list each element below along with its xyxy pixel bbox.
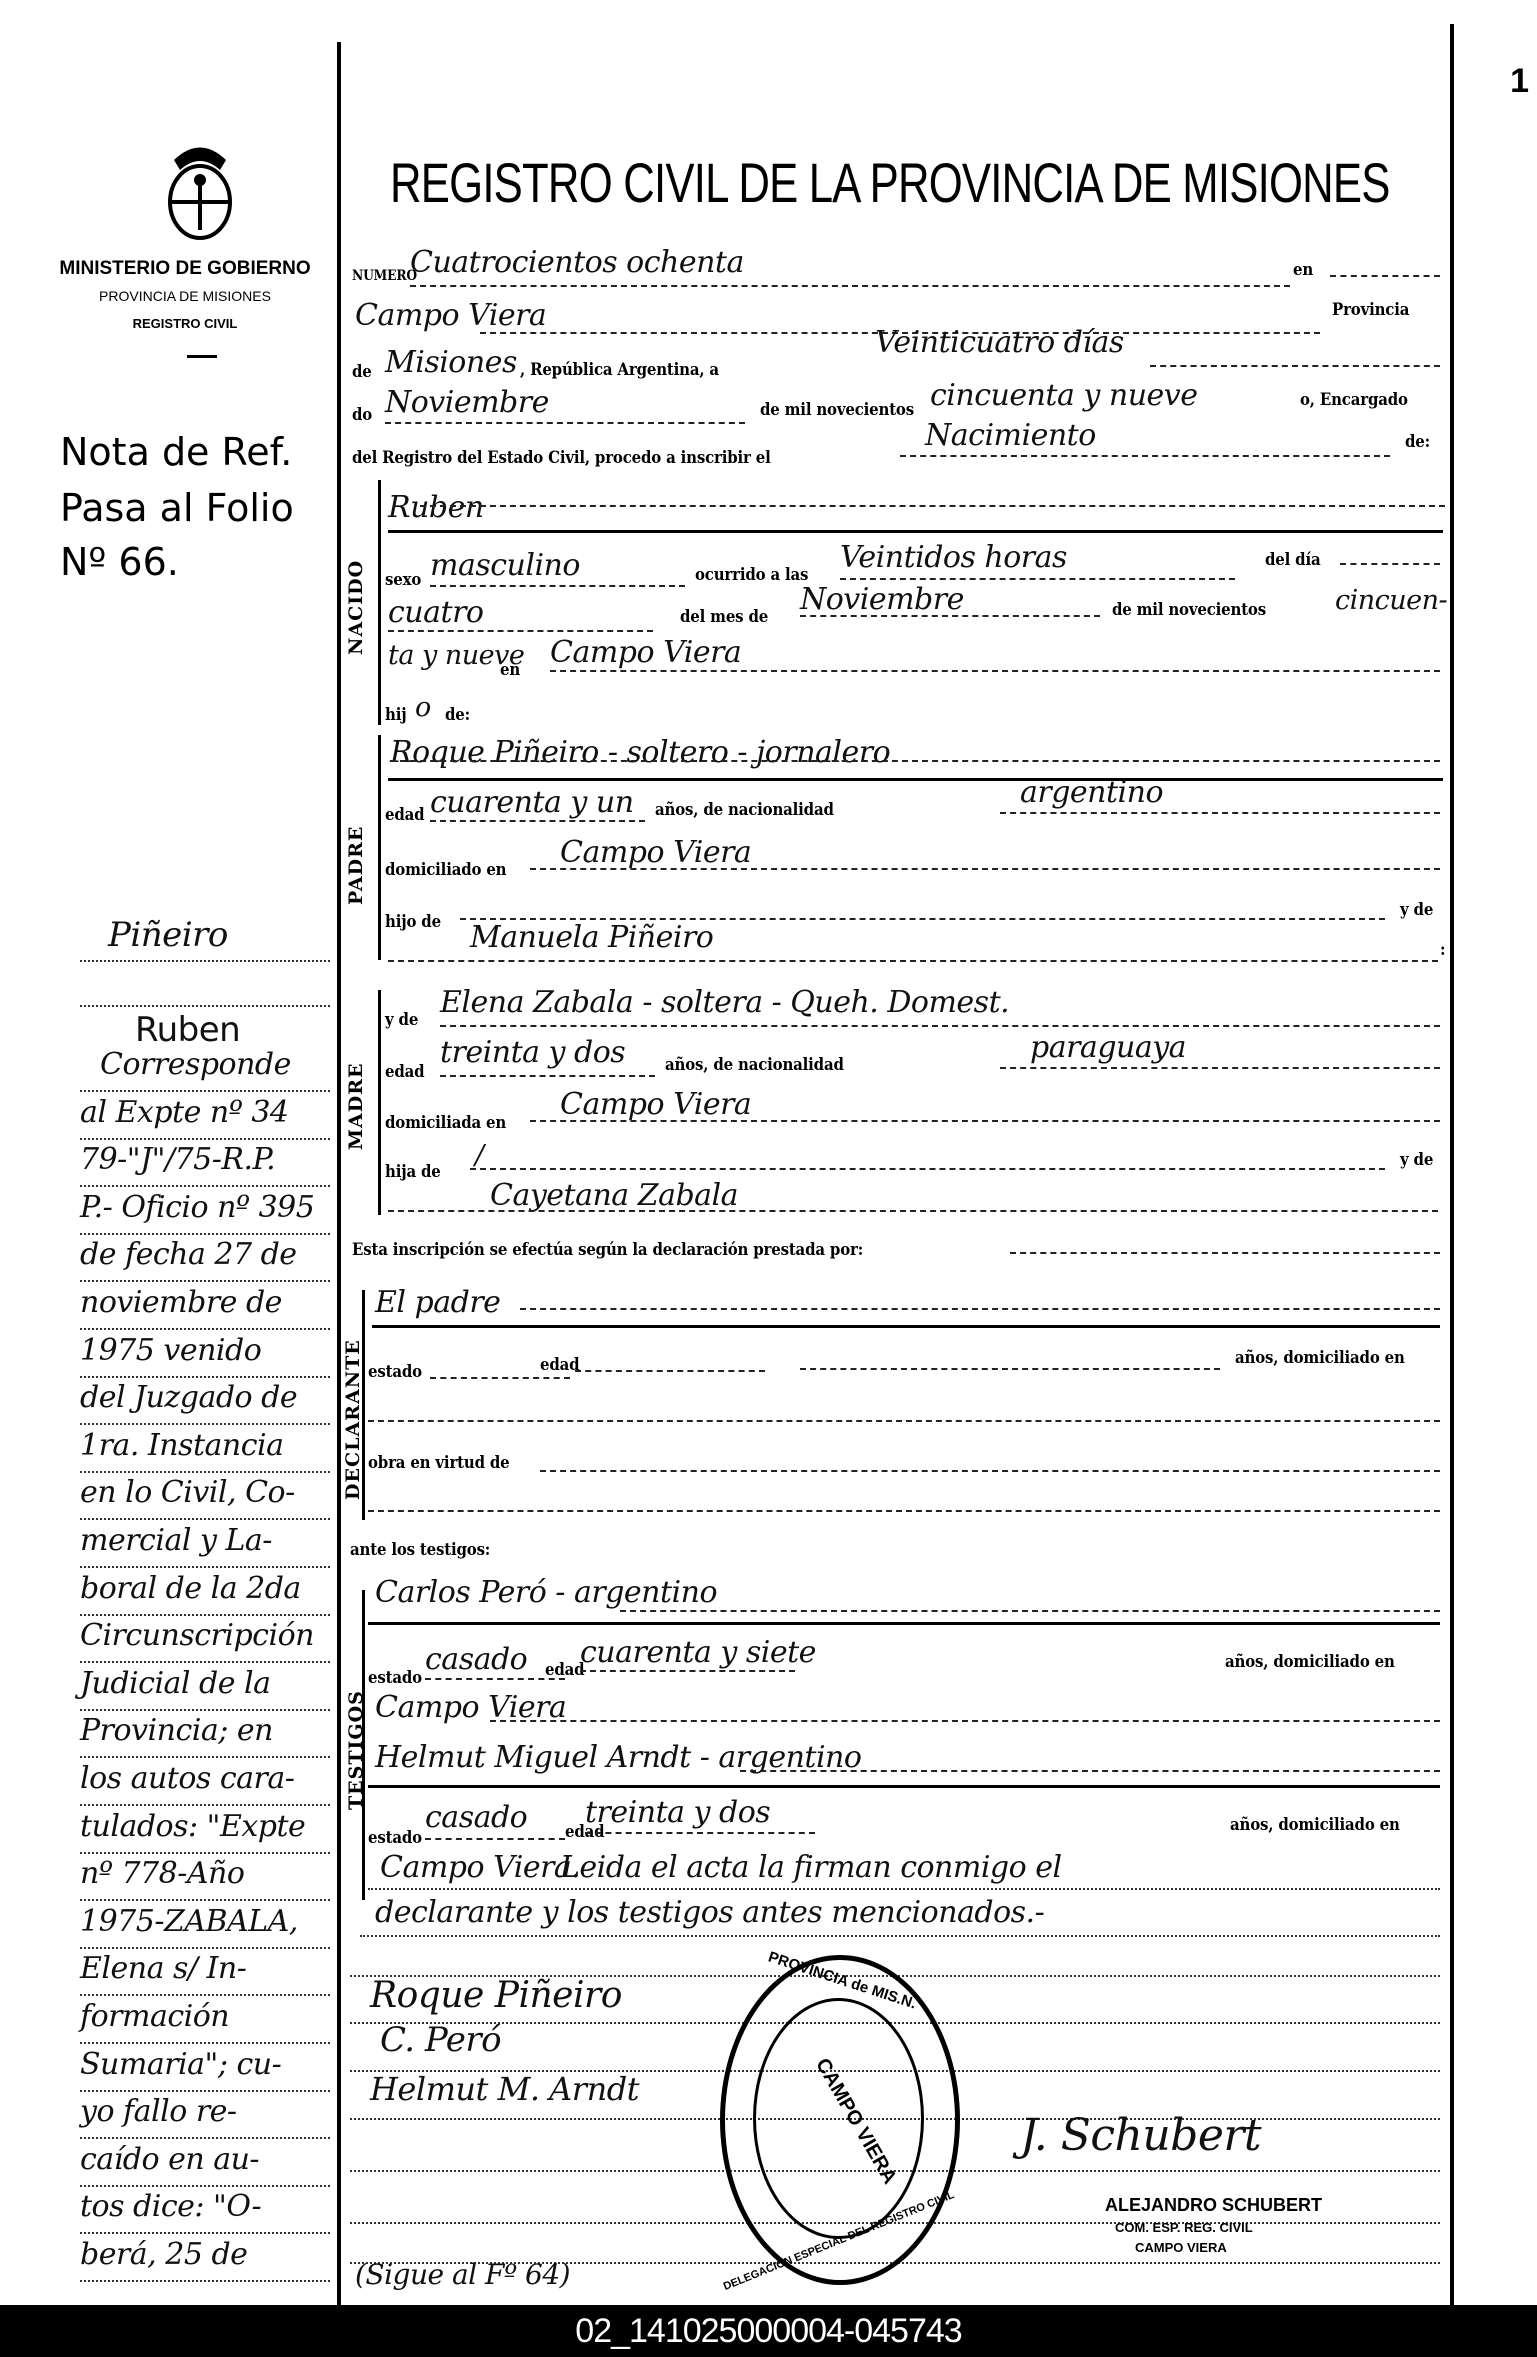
margin-annotation-line: Judicial de la: [80, 1666, 271, 1701]
do-label: do: [352, 405, 372, 425]
field-line: [368, 1622, 1440, 1625]
margin-note-line2: Pasa al Folio: [60, 486, 294, 530]
witness2-estado-value: casado: [425, 1800, 527, 1835]
margin-annotation-line: Provincia; en: [80, 1713, 273, 1748]
margin-annotation-line: nº 778-Año: [80, 1856, 244, 1891]
section-label-testigos: TESTIGOS: [345, 1690, 367, 1810]
margin-line: [80, 1709, 330, 1711]
margin-annotation-line: 1975 venido: [80, 1333, 261, 1368]
day-value: Veinticuatro días: [875, 325, 1124, 360]
field-line: [800, 615, 1100, 617]
encargado-label: o, Encargado: [1300, 390, 1408, 410]
section-label-declarante: DECLARANTE: [342, 1339, 364, 1500]
field-line: [440, 1075, 655, 1077]
margin-annotation-line: P.- Oficio nº 395: [80, 1190, 314, 1225]
field-line: [520, 1308, 1440, 1310]
hijo-label: hij: [385, 705, 406, 725]
mother-parent-value: Cayetana Zabala: [490, 1178, 738, 1213]
margin-line: [80, 1280, 330, 1282]
field-line: [470, 1168, 1385, 1170]
field-line: [425, 1678, 565, 1680]
field-line: [620, 1610, 1440, 1612]
field-line: [430, 585, 685, 587]
domicilio-label-padre: domiciliado en: [385, 860, 506, 880]
margin-annotation-line: boral de la 2da: [80, 1571, 301, 1606]
numero-label: NUMERO: [352, 268, 417, 284]
margin-given-name: Ruben: [135, 1010, 240, 1050]
page-title: REGISTRO CIVIL DE LA PROVINCIA DE MISION…: [390, 150, 1390, 215]
page-number: 1: [1510, 62, 1529, 101]
estado-label-w2: estado: [368, 1828, 422, 1848]
field-line: [1010, 1252, 1440, 1254]
margin-annotation-line: Circunscripción: [80, 1618, 314, 1653]
margin-line: [80, 1138, 330, 1140]
sexo-label: sexo: [385, 570, 421, 590]
child-name-value: Ruben: [388, 490, 484, 525]
field-line: [900, 455, 1390, 457]
field-line: [390, 760, 1440, 762]
field-line: [585, 1832, 815, 1834]
margin-line: [80, 1518, 330, 1520]
field-line: [430, 1377, 570, 1379]
margin-annotation-line: al Expte nº 34: [80, 1095, 289, 1130]
margin-line: [80, 1471, 330, 1473]
sexo-value: masculino: [430, 548, 580, 583]
margin-annotation-line: 1ra. Instancia: [80, 1428, 284, 1463]
margin-line: [80, 1185, 330, 1187]
father-edad-value: cuarenta y un: [430, 785, 634, 820]
margin-annotation-line: de fecha 27 de: [80, 1237, 297, 1272]
section-bracket: [378, 990, 381, 1215]
signature-officer: J. Schubert: [1020, 2110, 1261, 2161]
testigos-intro-label: ante los testigos:: [350, 1540, 490, 1560]
continuation-note: (Sigue al Fº 64): [355, 2258, 570, 2291]
de-label: de: [352, 362, 372, 382]
margin-line: [80, 1899, 330, 1901]
declarante-name-value: El padre: [375, 1285, 500, 1320]
signature-witness1: C. Peró: [380, 2020, 501, 2060]
margin-line: [80, 960, 330, 962]
margin-annotation-line: Corresponde: [100, 1047, 291, 1082]
province-name: PROVINCIA DE MISIONES: [35, 288, 335, 304]
field-line: [368, 1888, 1440, 1890]
hijo-de-label: hijo de: [385, 912, 441, 932]
de-label-nacido: de:: [445, 705, 470, 725]
father-parent-value: Manuela Piñeiro: [470, 920, 713, 955]
domicilio-label-w1: años, domiciliado en: [1225, 1652, 1395, 1672]
year-label-nacido: de mil novecientos: [1112, 600, 1266, 620]
margin-annotation-line: Elena s/ In-: [80, 1951, 246, 1986]
province-value: Misiones: [385, 345, 517, 380]
margin-note-line1: Nota de Ref.: [60, 430, 292, 474]
margin-annotation-line: tulados: "Expte: [80, 1809, 305, 1844]
margin-line: [80, 2137, 330, 2139]
month-value: Noviembre: [385, 385, 549, 420]
field-line: [1150, 365, 1440, 367]
header-divider: [187, 355, 217, 358]
argentine-coat-of-arms-icon: [160, 140, 240, 245]
signature-witness2: Helmut M. Arndt: [370, 2070, 639, 2108]
field-line: [372, 1325, 1440, 1328]
place-value: Campo Viera: [355, 298, 546, 333]
mother-edad-value: treinta y dos: [440, 1035, 625, 1070]
margin-line: [80, 1090, 330, 1092]
estado-label-w1: estado: [368, 1668, 422, 1688]
field-line: [530, 1120, 1440, 1122]
section-bracket: [378, 480, 381, 725]
en-label: en: [1293, 260, 1313, 280]
margin-line: [80, 2185, 330, 2187]
officer-title: COM. ESP. REG. CIVIL: [1115, 2220, 1253, 2235]
field-line: [550, 670, 1440, 672]
field-line: [1340, 563, 1440, 565]
edad-label-w1: edad: [545, 1660, 584, 1680]
field-line: [368, 1420, 1440, 1422]
edad-label-declarante: edad: [540, 1355, 579, 1375]
hijo-value: o: [415, 692, 431, 723]
field-line: [490, 1720, 1440, 1722]
margin-annotation-line: Sumaria"; cu-: [80, 2047, 281, 2082]
margin-annotation-line: caído en au-: [80, 2142, 259, 2177]
hija-de-label: hija de: [385, 1162, 441, 1182]
field-line: [410, 285, 1290, 287]
field-line: [430, 820, 645, 822]
margin-annotation-line: formación: [80, 1999, 229, 2034]
del-dia-label: del día: [1265, 550, 1320, 570]
closing-text-a: Leida el acta la firman conmigo el: [560, 1850, 1062, 1885]
field-line: [740, 1770, 1440, 1772]
domicilio-label-madre: domiciliada en: [385, 1113, 506, 1133]
nacionalidad-label-padre: años, de nacionalidad: [655, 800, 834, 820]
field-line: [385, 422, 745, 424]
nacionalidad-label-madre: años, de nacionalidad: [665, 1055, 844, 1075]
ministry-name: MINISTERIO DE GOBIERNO: [35, 258, 335, 280]
domicilio-label-declarante: años, domiciliado en: [1235, 1348, 1405, 1368]
official-seal-stamp: PROVINCIA de MIS.N. CAMPO VIERA DELEGACI…: [720, 1955, 960, 2285]
witness2-domicilio-value: Campo Viera.: [380, 1850, 580, 1885]
field-line: [1000, 812, 1440, 814]
officer-place: CAMPO VIERA: [1135, 2240, 1227, 2255]
father-name-value: Roque Piñeiro - soltero - jornalero: [390, 735, 890, 770]
field-line: [388, 630, 653, 632]
witness1-edad-value: cuarenta y siete: [580, 1635, 816, 1670]
dia-value: cuatro: [388, 595, 483, 630]
margin-annotation-line: berá, 25 de: [80, 2237, 247, 2272]
margin-annotation-line: del Juzgado de: [80, 1380, 297, 1415]
act-value: Nacimiento: [925, 418, 1096, 453]
witness1-estado-value: casado: [425, 1642, 527, 1677]
margin-line: [80, 1005, 330, 1007]
margin-annotation-line: mercial y La-: [80, 1523, 272, 1558]
field-line: [388, 960, 1438, 962]
field-line: [530, 868, 1440, 870]
margin-annotation-line: 79-"J"/75-R.P.: [80, 1142, 275, 1177]
witness2-edad-value: treinta y dos: [585, 1795, 770, 1830]
margin-line: [80, 1947, 330, 1949]
margin-line: [80, 1566, 330, 1568]
seal-inner-ring: [753, 1998, 924, 2239]
section-label-nacido: NACIDO: [345, 560, 367, 655]
mother-domicilio-value: Campo Viera: [560, 1087, 751, 1122]
en-label-nacido: en: [500, 660, 520, 680]
margin-line: [80, 1661, 330, 1663]
margin-divider: [337, 42, 341, 2305]
field-line: [425, 1838, 565, 1840]
field-line: [1330, 275, 1440, 277]
office-name: REGISTRO CIVIL: [35, 316, 335, 331]
margin-line: [80, 2042, 330, 2044]
field-line: [575, 1370, 765, 1372]
y-de-label-madre: y de: [385, 1010, 418, 1030]
de-colon-label: de:: [1405, 432, 1430, 452]
closing-text-b: declarante y los testigos antes menciona…: [375, 1895, 1044, 1930]
margin-annotation-line: tos dice: "O-: [80, 2189, 261, 2224]
provincia-label: Provincia: [1332, 300, 1409, 320]
field-line: [368, 1510, 1440, 1512]
father-nacionalidad-value: argentino: [1020, 775, 1163, 810]
margin-line: [80, 1756, 330, 1758]
field-line: [420, 505, 1445, 507]
margin-line: [80, 1423, 330, 1425]
officer-name: ALEJANDRO SCHUBERT: [1105, 2195, 1322, 2216]
margin-annotation-line: 1975-ZABALA,: [80, 1904, 298, 1939]
margin-line: [80, 1852, 330, 1854]
y-de-label-padre: y de: [1400, 900, 1433, 920]
mother-nacionalidad-value: paraguaya: [1030, 1030, 1186, 1065]
margin-line: [80, 1376, 330, 1378]
registro-label: del Registro del Estado Civil, procedo a…: [352, 448, 771, 468]
field-line: [388, 778, 1443, 781]
domicilio-label-w2: años, domiciliado en: [1230, 1815, 1400, 1835]
colon-label: :: [1440, 940, 1445, 960]
mes-value: Noviembre: [800, 582, 964, 617]
hija-de-value: /: [475, 1140, 484, 1171]
republica-label: , República Argentina, a: [520, 360, 719, 380]
declaracion-intro-label: Esta inscripción se efectúa según la dec…: [352, 1240, 863, 1260]
field-line: [580, 1670, 795, 1672]
obra-label: obra en virtud de: [368, 1453, 510, 1473]
field-line: [388, 530, 1443, 533]
mes-label: del mes de: [680, 607, 768, 627]
section-bracket: [378, 735, 381, 960]
margin-line: [80, 1994, 330, 1996]
lugar-value: Campo Viera: [550, 635, 741, 670]
witness1-name-value: Carlos Peró - argentino: [375, 1575, 717, 1610]
field-line: [440, 1025, 1440, 1027]
numero-value: Cuatrocientos ochenta: [410, 245, 744, 280]
father-domicilio-value: Campo Viera: [560, 835, 751, 870]
margin-line: [80, 2090, 330, 2092]
margin-line: [80, 1614, 330, 1616]
margin-annotation-line: noviembre de: [80, 1285, 282, 1320]
field-line: [388, 1210, 1438, 1212]
mother-name-value: Elena Zabala - soltera - Queh. Domest.: [440, 985, 1009, 1020]
margin-surname: Piñeiro: [108, 915, 228, 955]
ocurrido-label: ocurrido a las: [695, 565, 808, 585]
margin-line: [80, 2280, 330, 2282]
estado-label-declarante: estado: [368, 1362, 422, 1382]
edad-label-padre: edad: [385, 805, 424, 825]
field-line: [800, 1368, 1220, 1370]
margin-annotation-line: yo fallo re-: [80, 2094, 237, 2129]
margin-line: [80, 1233, 330, 1235]
section-label-padre: PADRE: [345, 826, 367, 905]
margin-annotation-line: en lo Civil, Co-: [80, 1475, 295, 1510]
right-border: [1450, 24, 1454, 2305]
y-de-label-madre2: y de: [1400, 1150, 1433, 1170]
margin-line: [80, 1804, 330, 1806]
margin-note-line3: Nº 66.: [60, 540, 179, 584]
section-label-madre: MADRE: [345, 1062, 367, 1150]
field-line: [1000, 1067, 1440, 1069]
hora-value: Veintidos horas: [840, 540, 1067, 575]
document-id: 02_141025000004-045743: [0, 2312, 1537, 2351]
field-line: [368, 1785, 1440, 1788]
signature-father: Roque Piñeiro: [370, 1975, 622, 2016]
margin-annotation-line: los autos cara-: [80, 1761, 294, 1796]
field-line: [540, 1470, 1440, 1472]
year-label: de mil novecientos: [760, 400, 914, 420]
field-line: [840, 578, 1235, 580]
field-line: [360, 1935, 1440, 1937]
margin-line: [80, 1328, 330, 1330]
margin-line: [80, 2232, 330, 2234]
year-value: cincuenta y nueve: [930, 378, 1197, 413]
year-value-a: cincuen-: [1335, 585, 1447, 616]
edad-label-madre: edad: [385, 1062, 424, 1082]
